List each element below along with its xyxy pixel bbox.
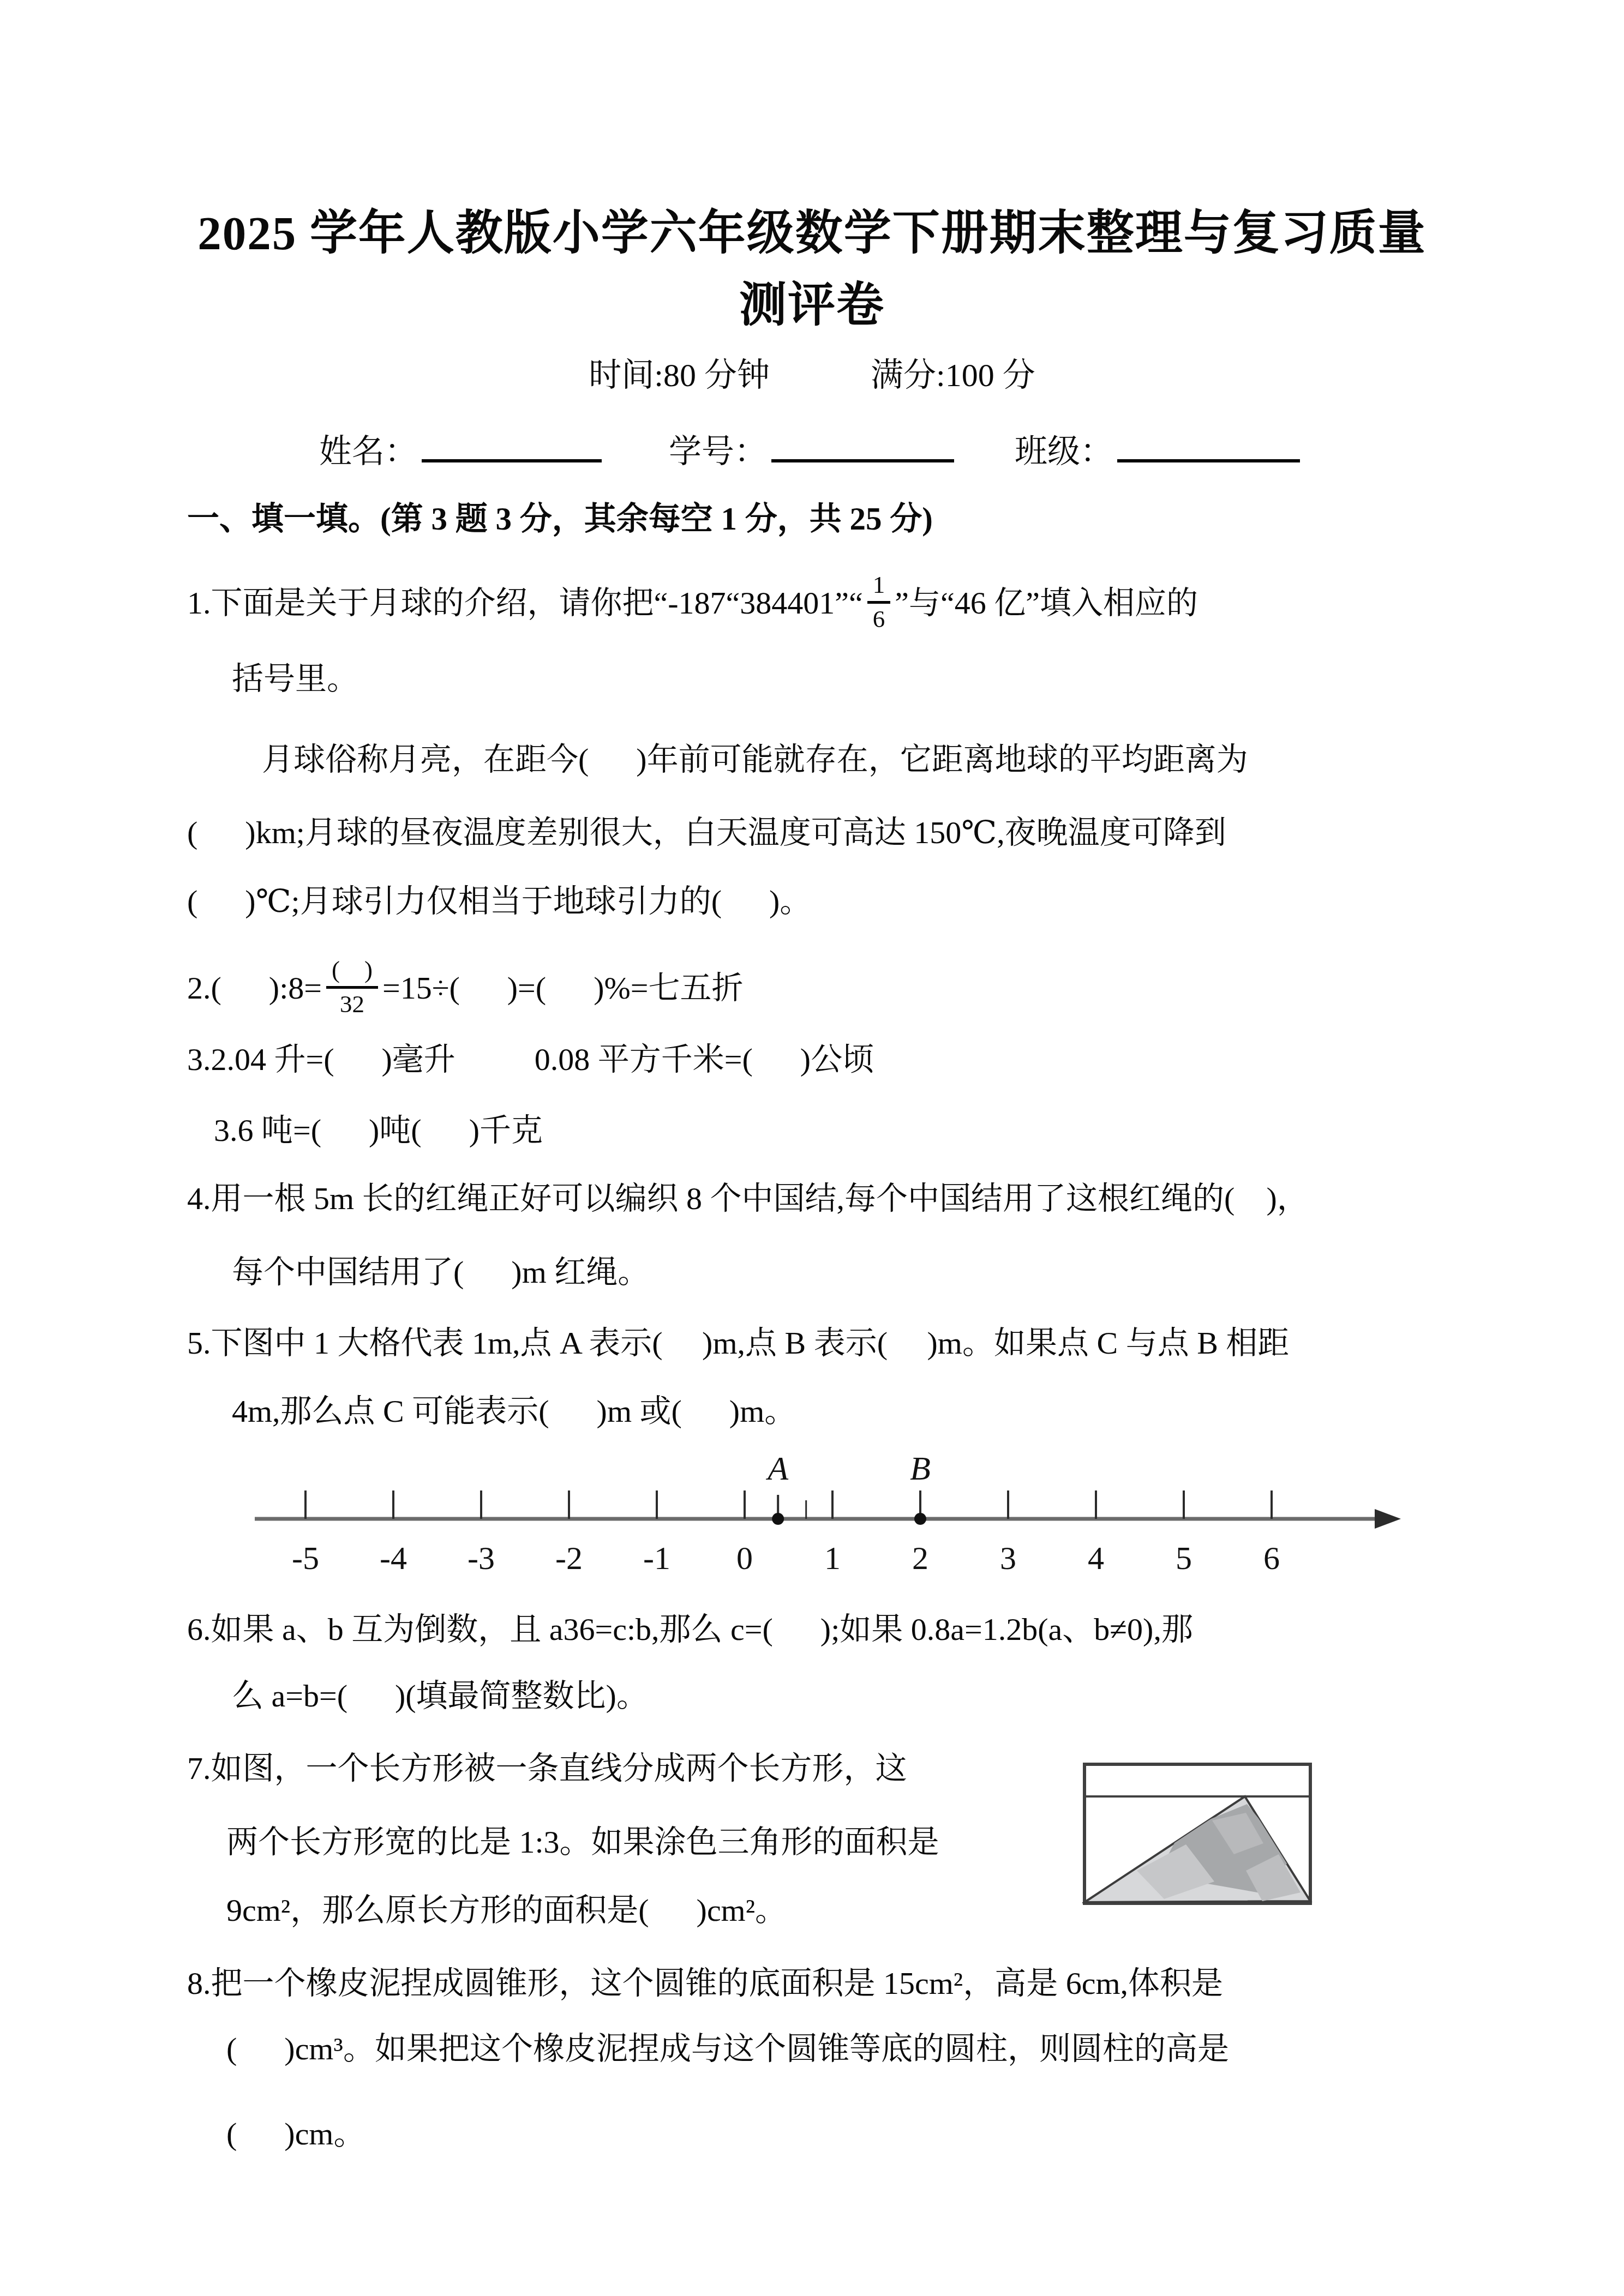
q2-fraction-denominator: 32 — [326, 989, 378, 1019]
point-a-label: A — [765, 1450, 789, 1487]
q1-paragraph-line1: 月球俗称月亮，在距今( )年前可能就存在，它距离地球的平均距离为 — [262, 741, 1248, 779]
q2-text-b: =15÷( )=( )%=七五折 — [382, 970, 744, 1006]
number-line-tick-label: 4 — [1088, 1540, 1104, 1576]
time-label: 时间:80 分钟 — [589, 357, 770, 393]
q1-fraction-denominator: 6 — [867, 604, 891, 634]
q2-fraction-numerator: ( ) — [326, 954, 378, 989]
name-blank — [422, 431, 602, 462]
q3-line2: 3.6 吨=( )吨( )千克 — [214, 1111, 543, 1150]
q8-line1: 8.把一个橡皮泥捏成圆锥形，这个圆锥的底面积是 15cm²，高是 6cm,体积是 — [187, 1964, 1223, 2003]
page-title-line1: 2025 学年人教版小学六年级数学下册期末整理与复习质量 — [0, 205, 1624, 262]
score-label: 满分:100 分 — [871, 357, 1035, 393]
number-line-tick-label: 3 — [1000, 1540, 1016, 1576]
q5-line2: 4m,那么点 C 可能表示( )m 或( )m。 — [232, 1392, 796, 1431]
number-line-tick-label: 0 — [736, 1540, 753, 1576]
q2-fraction: ( )32 — [326, 954, 378, 1020]
q1-line2: 括号里。 — [232, 660, 358, 698]
number-line-tick-label: 6 — [1263, 1540, 1280, 1576]
q3-line1: 3.2.04 升=( )毫升 0.08 平方千米=( )公顷 — [187, 1041, 874, 1079]
student-id-label: 学号： — [669, 434, 767, 470]
name-field: 姓名： — [319, 431, 602, 471]
exam-meta: 时间:80 分钟满分:100 分 — [0, 356, 1624, 395]
q8-line2: ( )cm³。如果把这个橡皮泥捏成与这个圆锥等底的圆柱，则圆柱的高是 — [226, 2030, 1229, 2068]
q7-line2: 两个长方形宽的比是 1:3。如果涂色三角形的面积是 — [226, 1823, 939, 1861]
number-line-tick-label: -5 — [292, 1540, 319, 1576]
q8-line3: ( )cm。 — [226, 2115, 365, 2153]
number-line-arrow-icon — [1375, 1509, 1401, 1529]
class-label: 班级： — [1015, 434, 1113, 470]
section1-heading: 一、填一填。(第 3 题 3 分，其余每空 1 分，共 25 分) — [187, 500, 933, 538]
number-line-tick-label: -4 — [380, 1540, 407, 1576]
number-line-tick-label: -1 — [643, 1540, 670, 1576]
q7-line1: 7.如图，一个长方形被一条直线分成两个长方形，这 — [187, 1750, 907, 1788]
point-b-dot — [914, 1513, 926, 1525]
exam-paper-page: 2025 学年人教版小学六年级数学下册期末整理与复习质量 测评卷 时间:80 分… — [0, 0, 1624, 2296]
q7-line3: 9cm²，那么原长方形的面积是( )cm²。 — [226, 1891, 787, 1930]
q1-text-b: ”与“46 亿”填入相应的 — [895, 585, 1198, 621]
q6-line2: 么 a=b=( )(填最简整数比)。 — [232, 1677, 648, 1715]
page-title-line2: 测评卷 — [0, 277, 1624, 334]
number-line-tick-label: 1 — [824, 1540, 841, 1576]
q5-line1: 5.下图中 1 大格代表 1m,点 A 表示( )m,点 B 表示( )m。如果… — [187, 1324, 1289, 1362]
q4-line1: 4.用一根 5m 长的红绳正好可以编织 8 个中国结,每个中国结用了这根红绳的(… — [187, 1180, 1309, 1218]
number-line: -5-4-3-2-10123456AB — [229, 1434, 1440, 1603]
q4-line2: 每个中国结用了( )m 红绳。 — [232, 1253, 649, 1291]
q1-text-a: 1.下面是关于月球的介绍，请你把“-187“384401”“ — [187, 585, 863, 621]
name-label: 姓名： — [319, 434, 417, 470]
student-id-field: 学号： — [669, 431, 954, 471]
number-line-tick-label: 2 — [912, 1540, 928, 1576]
number-line-tick-label: -2 — [555, 1540, 583, 1576]
q6-line1: 6.如果 a、b 互为倒数，且 a36=c:b,那么 c=( );如果 0.8a… — [187, 1610, 1193, 1649]
q1-fraction: 16 — [867, 569, 891, 635]
q1-paragraph-line2: ( )km;月球的昼夜温度差别很大，白天温度可高达 150℃,夜晚温度可降到 — [187, 814, 1226, 852]
q1-paragraph-line3: ( )℃;月球引力仅相当于地球引力的( )。 — [187, 882, 811, 921]
point-b-label: B — [910, 1450, 931, 1487]
class-field: 班级： — [1015, 431, 1300, 471]
q2-text-a: 2.( ):8= — [187, 970, 322, 1006]
q1-fraction-numerator: 1 — [867, 569, 891, 604]
student-id-blank — [771, 431, 954, 462]
number-line-tick-label: 5 — [1176, 1540, 1192, 1576]
q7-figure — [1082, 1762, 1314, 1909]
q1-line1: 1.下面是关于月球的介绍，请你把“-187“384401”“16”与“46 亿”… — [187, 574, 1198, 639]
q2-line: 2.( ):8=( )32=15÷( )=( )%=七五折 — [187, 959, 743, 1024]
number-line-tick-label: -3 — [468, 1540, 495, 1576]
class-blank — [1117, 431, 1300, 462]
point-a-dot — [772, 1513, 784, 1525]
